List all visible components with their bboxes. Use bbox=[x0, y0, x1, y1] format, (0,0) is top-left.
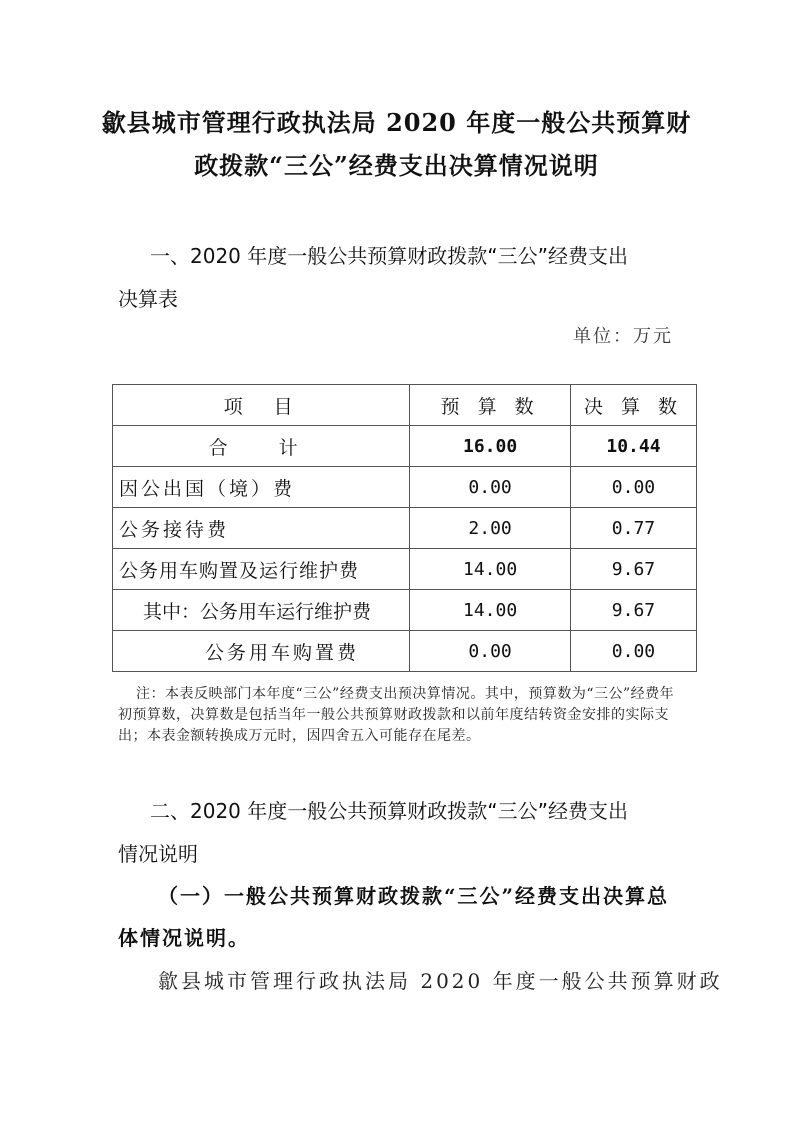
table-row: 因公出国（境）费 0.00 0.00 bbox=[113, 467, 697, 508]
table-row: 公务接待费 2.00 0.77 bbox=[113, 508, 697, 549]
section1-heading-line-2: 决算表 bbox=[118, 283, 178, 312]
row-item: 其中：公务用车运行维护费 bbox=[113, 590, 410, 631]
row-item: 公务接待费 bbox=[113, 508, 410, 549]
row-final: 0.00 bbox=[570, 467, 696, 508]
table-footnote: 注：本表反映部门本年度“三公”经费支出预决算情况。其中，预算数为“三公”经费年初… bbox=[118, 684, 688, 747]
row-budget: 0.00 bbox=[410, 631, 571, 672]
section2-heading-line-2: 情况说明 bbox=[118, 838, 198, 867]
table-row: 公务用车购置及运行维护费 14.00 9.67 bbox=[113, 549, 697, 590]
section2-heading-line-1: 二、2020 年度一般公共预算财政拨款“三公”经费支出 bbox=[150, 795, 628, 824]
row-item: 合 计 bbox=[113, 426, 410, 467]
table-row: 公务用车购置费 0.00 0.00 bbox=[113, 631, 697, 672]
document-title-line-2: 政拨款“三公”经费支出决算情况说明 bbox=[0, 146, 793, 181]
row-item: 公务用车购置及运行维护费 bbox=[113, 549, 410, 590]
row-final: 0.00 bbox=[570, 631, 696, 672]
row-item: 因公出国（境）费 bbox=[113, 467, 410, 508]
section1-heading-line-1: 一、2020 年度一般公共预算财政拨款“三公”经费支出 bbox=[150, 240, 628, 269]
row-budget: 2.00 bbox=[410, 508, 571, 549]
unit-label: 单位：万元 bbox=[573, 322, 673, 348]
body-paragraph: 歙县城市管理行政执法局 2020 年度一般公共预算财政 bbox=[158, 965, 723, 994]
subsection1-heading-line-1: （一）一般公共预算财政拨款“三公”经费支出决算总 bbox=[158, 880, 669, 909]
row-final: 9.67 bbox=[570, 549, 696, 590]
three-public-expenses-table: 项 目 预 算 数 决 算 数 合 计 16.00 10.44 因公出国（境）费… bbox=[112, 384, 697, 672]
row-final: 0.77 bbox=[570, 508, 696, 549]
header-item: 项 目 bbox=[113, 385, 410, 426]
table-row-total: 合 计 16.00 10.44 bbox=[113, 426, 697, 467]
row-final: 10.44 bbox=[570, 426, 696, 467]
subsection1-heading-line-2: 体情况说明。 bbox=[118, 922, 250, 951]
row-final: 9.67 bbox=[570, 590, 696, 631]
row-budget: 0.00 bbox=[410, 467, 571, 508]
document-title-line-1: 歙县城市管理行政执法局 2020 年度一般公共预算财 bbox=[0, 103, 793, 138]
row-budget: 14.00 bbox=[410, 590, 571, 631]
table-header-row: 项 目 预 算 数 决 算 数 bbox=[113, 385, 697, 426]
row-item: 公务用车购置费 bbox=[113, 631, 410, 672]
header-final: 决 算 数 bbox=[570, 385, 696, 426]
row-budget: 14.00 bbox=[410, 549, 571, 590]
table-row: 其中：公务用车运行维护费 14.00 9.67 bbox=[113, 590, 697, 631]
header-budget: 预 算 数 bbox=[410, 385, 571, 426]
row-budget: 16.00 bbox=[410, 426, 571, 467]
